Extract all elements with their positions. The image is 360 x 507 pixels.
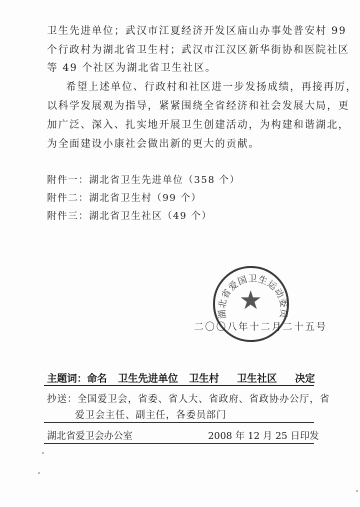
body-line-2: 个行政村为湖北省卫生村；武汉市江汉区新华街协和医院社区 (47, 45, 349, 57)
subject-label: 主题词： (47, 374, 87, 385)
scan-speck (356, 490, 358, 492)
issue-date: 二〇〇八年十二月二十五号 (194, 319, 327, 333)
body-line-3: 等 49 个社区为湖北省卫生社区。 (47, 63, 216, 75)
document-page: 卫生先进单位；武汉市江夏经济开发区庙山办事处普安村 99 个行政村为湖北省卫生村… (0, 0, 360, 507)
print-date: 2008 年 12 月 25 日印发 (208, 428, 319, 442)
body-line-4: 希望上述单位、行政村和社区进一步发扬成绩，再接再厉， (66, 82, 357, 94)
scan-speck (38, 472, 40, 474)
cc-label: 抄送： (47, 394, 77, 405)
divider-cc (44, 422, 314, 423)
issuer-office: 湖北省爱卫会办公室 (47, 428, 133, 442)
cc-line-2: 爱卫会主任、副主任，各委员部门 (75, 407, 227, 421)
body-line-6: 加广泛、深入、扎实地开展卫生创建活动，为构建和谐湖北， (47, 120, 349, 132)
subject-keywords: 主题词：命名卫生先进单位卫生村卫生社区决定 (47, 370, 315, 385)
attachment-1: 附件一：湖北省卫生先进单位（358 个） (47, 172, 240, 186)
keyword-5: 决定 (295, 374, 315, 385)
body-line-5: 以科学发展观为指导，紧紧围绕全省经济和社会发展大局，更 (47, 101, 349, 113)
keyword-3: 卫生村 (189, 374, 219, 385)
attachment-3: 附件三：湖北省卫生社区（49 个） (47, 208, 212, 222)
divider-subject (44, 385, 314, 386)
keyword-4: 卫生社区 (237, 374, 277, 385)
cc-line-1: 抄送：全国爱卫会，省委、省人大、省政府、省政协办公厅，省 (47, 391, 330, 405)
keyword-1: 命名 (87, 374, 107, 385)
divider-footer (44, 443, 314, 444)
body-line-7: 为全面建设小康社会做出新的更大的贡献。 (47, 139, 260, 151)
attachment-2: 附件二：湖北省卫生村（99 个） (47, 190, 202, 204)
star-icon: ★ (239, 288, 262, 314)
keyword-2: 卫生先进单位 (118, 374, 178, 385)
body-line-1: 卫生先进单位；武汉市江夏经济开发区庙山办事处普安村 99 (47, 26, 347, 38)
scan-speck (42, 452, 44, 454)
cc-recipients-1: 全国爱卫会，省委、省人大、省政府、省政协办公厅，省 (77, 394, 330, 405)
